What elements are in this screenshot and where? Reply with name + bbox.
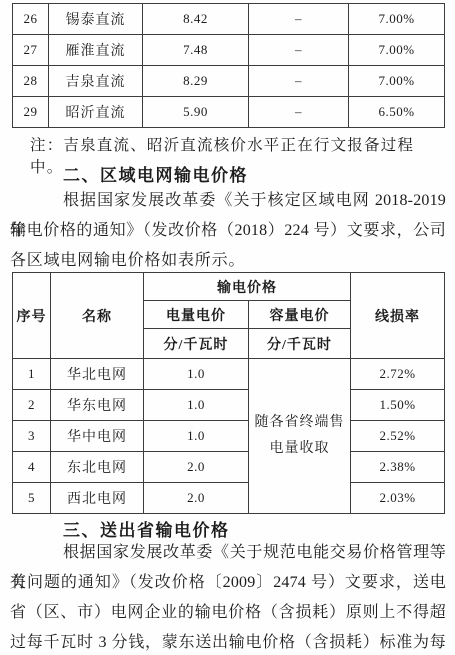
cell-no: 28 [13,66,49,97]
cell-name: 西北电网 [51,483,144,514]
cell-no: 1 [13,359,51,390]
cell-no: 26 [13,4,49,35]
header-loss: 线损率 [351,273,445,359]
paragraph-line: 关问题的通知》（发改价格〔2009〕2474 号）文要求，送电 [10,568,446,598]
cell-price: 1.0 [144,359,249,390]
section2-paragraph: 根据国家发展改革委《关于核定区域电网 2018-2019 年 输电价格的通知》（… [10,186,446,276]
cell-price: 8.29 [143,66,249,97]
header-energy-price: 电量电价 [144,301,249,329]
cell-capacity: – [249,4,349,35]
cell-no: 5 [13,483,51,514]
dc-lines-price-table: 26 锡泰直流 8.42 – 7.00% 27 雁淮直流 7.48 – 7.00… [12,3,445,128]
table-row: 3 华中电网 1.0 2.52% [13,421,445,452]
table-row: 4 东北电网 2.0 2.38% [13,452,445,483]
cell-name: 华中电网 [51,421,144,452]
header-name: 名称 [51,273,144,359]
paragraph-line: 过每千瓦时 3 分钱，蒙东送出输电价格（含损耗）标准为每 [10,628,446,655]
cell-capacity-merged: 随各省终端售 电量收取 [249,359,351,514]
cell-loss: 7.00% [349,35,445,66]
cell-loss: 2.72% [351,359,445,390]
cell-no: 29 [13,97,49,128]
cell-loss: 6.50% [349,97,445,128]
cell-loss: 7.00% [349,66,445,97]
cell-price: 1.0 [144,421,249,452]
cell-loss: 7.00% [349,4,445,35]
cell-no: 27 [13,35,49,66]
cell-price: 5.90 [143,97,249,128]
cell-loss: 2.38% [351,452,445,483]
table-row: 2 华东电网 1.0 1.50% [13,390,445,421]
cell-price: 2.0 [144,452,249,483]
header-energy-unit: 分/千瓦时 [144,329,249,359]
header-no: 序号 [13,273,51,359]
cell-price: 1.0 [144,390,249,421]
cell-price: 8.42 [143,4,249,35]
cell-name: 华东电网 [51,390,144,421]
cell-capacity: – [249,35,349,66]
cell-loss: 2.03% [351,483,445,514]
paragraph-line: 省（区、市）电网企业的输电价格（含损耗）原则上不得超 [10,598,446,628]
section-heading-regional-grid: 二、区域电网输电价格 [63,161,248,186]
cell-no: 4 [13,452,51,483]
cell-no: 3 [13,421,51,452]
merged-text-line: 电量收取 [249,436,350,462]
table-row: 29 昭沂直流 5.90 – 6.50% [13,97,445,128]
cell-loss: 2.52% [351,421,445,452]
regional-grid-price-table: 序号 名称 输电价格 线损率 电量电价 容量电价 分/千瓦时 分/千瓦时 1 华… [12,272,445,514]
cell-name: 昭沂直流 [49,97,143,128]
section3-paragraph: 根据国家发展改革委《关于规范电能交易价格管理等有 关问题的通知》（发改价格〔20… [10,538,446,655]
cell-capacity: – [249,66,349,97]
cell-no: 2 [13,390,51,421]
cell-price: 2.0 [144,483,249,514]
header-capacity-unit: 分/千瓦时 [249,329,351,359]
table-row: 28 吉泉直流 8.29 – 7.00% [13,66,445,97]
cell-name: 雁淮直流 [49,35,143,66]
merged-text-line: 随各省终端售 [249,410,350,436]
cell-name: 吉泉直流 [49,66,143,97]
cell-capacity: – [249,97,349,128]
paragraph-line: 根据国家发展改革委《关于核定区域电网 2018-2019 年 [10,186,446,216]
table-row: 26 锡泰直流 8.42 – 7.00% [13,4,445,35]
table-row: 5 西北电网 2.0 2.03% [13,483,445,514]
header-capacity-price: 容量电价 [249,301,351,329]
cell-name: 东北电网 [51,452,144,483]
cell-name: 锡泰直流 [49,4,143,35]
table-header-row: 序号 名称 输电价格 线损率 [13,273,445,301]
cell-name: 华北电网 [51,359,144,390]
paragraph-line: 输电价格的通知》（发改价格（2018）224 号）文要求，公司 [10,216,446,246]
paragraph-line: 根据国家发展改革委《关于规范电能交易价格管理等有 [10,538,446,568]
cell-price: 7.48 [143,35,249,66]
document-page: 26 锡泰直流 8.42 – 7.00% 27 雁淮直流 7.48 – 7.00… [0,0,455,655]
table-row: 27 雁淮直流 7.48 – 7.00% [13,35,445,66]
cell-loss: 1.50% [351,390,445,421]
table-row: 1 华北电网 1.0 随各省终端售 电量收取 2.72% [13,359,445,390]
header-price-group: 输电价格 [144,273,351,301]
